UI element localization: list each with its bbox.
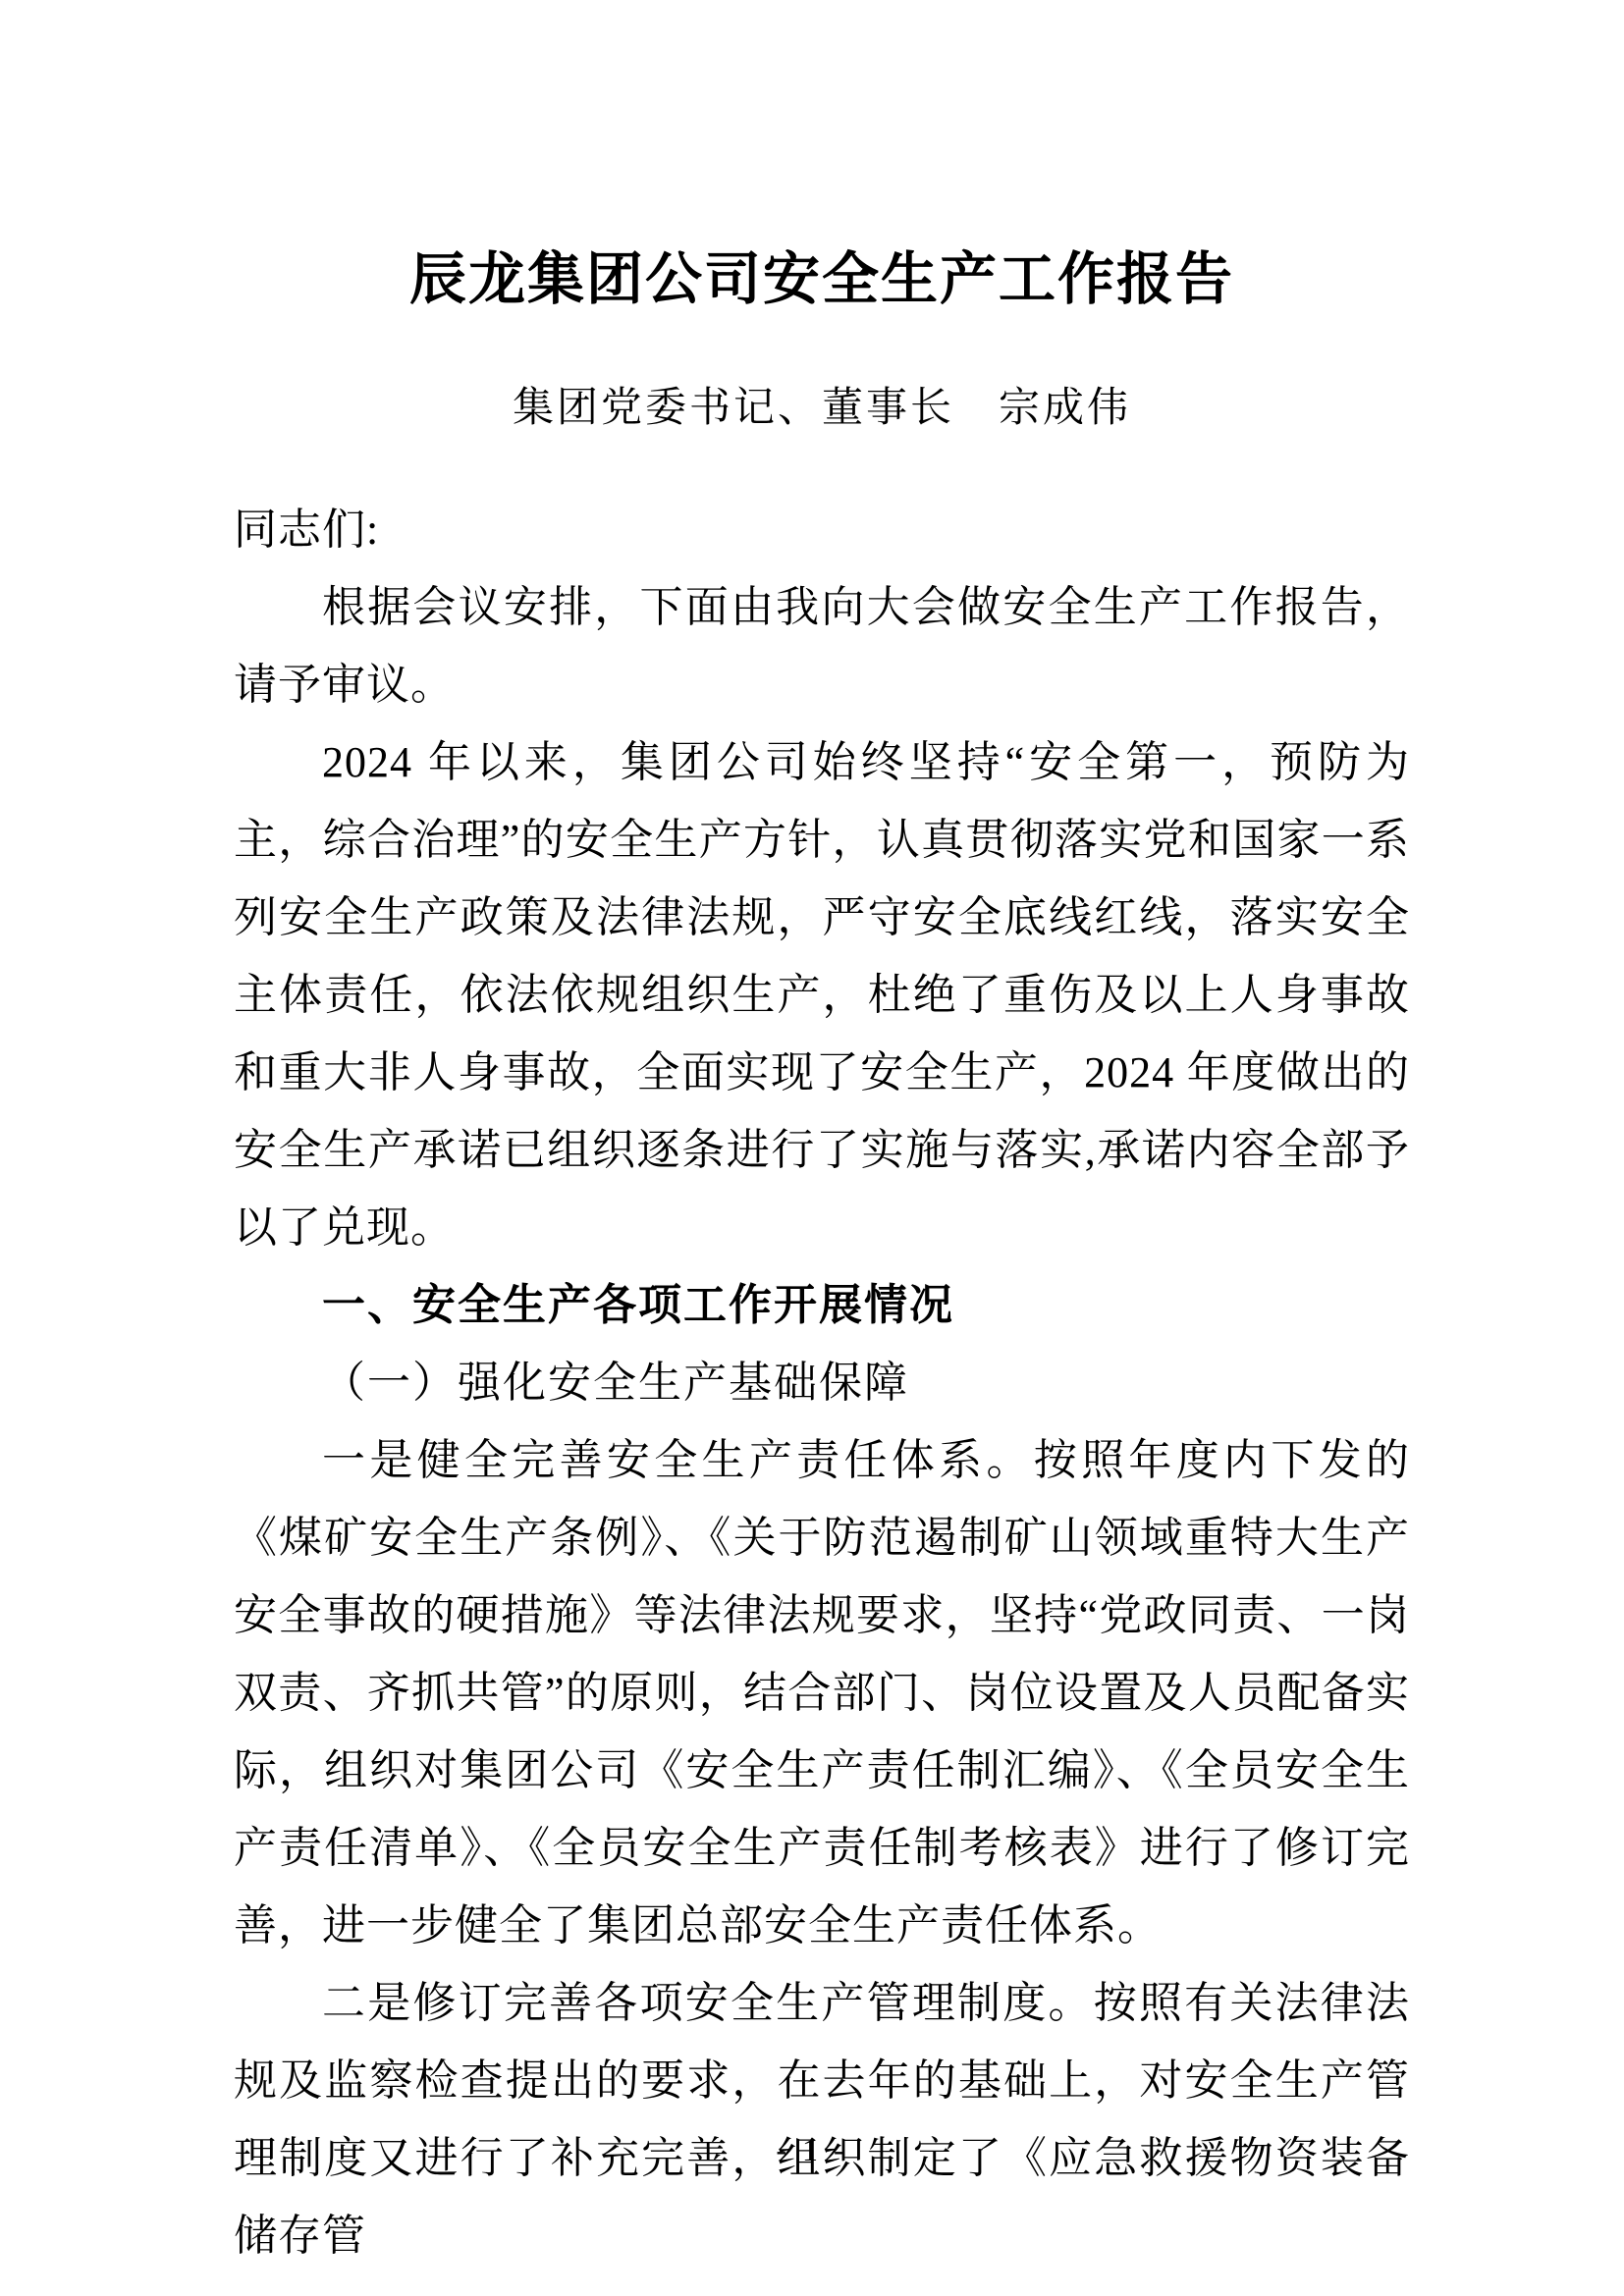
paragraph-point-two: 二是修订完善各项安全生产管理制度。按照有关法律法规及监察检查提出的要求，在去年的… (234, 1964, 1410, 2274)
document-byline: 集团党委书记、董事长 宗成伟 (234, 383, 1410, 434)
paragraph-point-one: 一是健全完善安全生产责任体系。按照年度内下发的《煤矿安全生产条例》、《关于防范遏… (234, 1421, 1410, 1964)
salutation-line: 同志们: (234, 491, 1410, 568)
document-page: 辰龙集团公司安全生产工作报告 集团党委书记、董事长 宗成伟 同志们: 根据会议安… (0, 0, 1624, 2296)
page-number: - 1 - (0, 2133, 1624, 2166)
paragraph-overview: 2024 年以来，集团公司始终坚持“安全第一，预防为主，综合治理”的安全生产方针… (234, 723, 1410, 1266)
section-heading-1: 一、安全生产各项工作开展情况 (234, 1266, 1410, 1344)
document-title: 辰龙集团公司安全生产工作报告 (234, 245, 1410, 314)
paragraph-intro: 根据会议安排，下面由我向大会做安全生产工作报告，请予审议。 (234, 568, 1410, 723)
document-body: 同志们: 根据会议安排，下面由我向大会做安全生产工作报告，请予审议。 2024 … (234, 491, 1410, 2274)
subsection-heading-1-1: （一）强化安全生产基础保障 (234, 1344, 1410, 1421)
